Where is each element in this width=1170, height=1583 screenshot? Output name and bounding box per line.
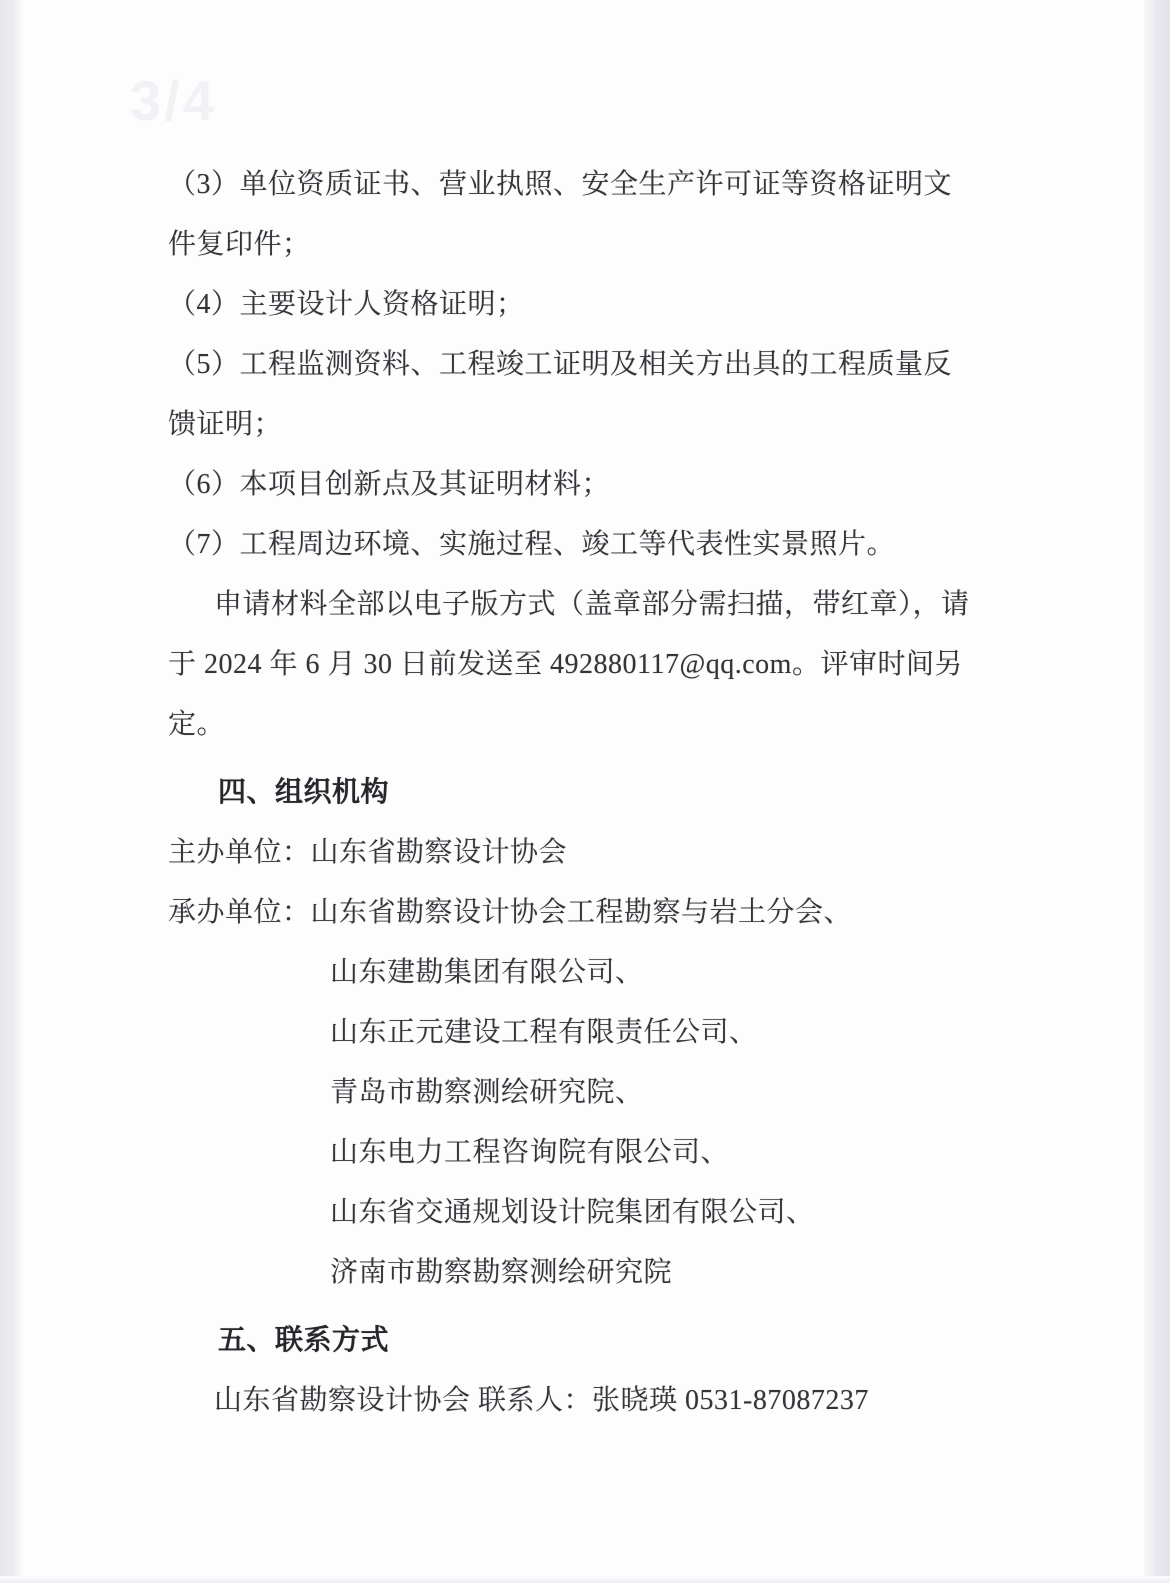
list-item-3-line2: 件复印件； [0, 215, 1170, 275]
page-number-watermark: 3/4 [130, 68, 217, 133]
organizer-org-6: 济南市勘察勘察测绘研究院 [0, 1243, 1170, 1303]
document-page-content: （3）单位资质证书、营业执照、安全生产许可证等资格证明文 件复印件； （4）主要… [0, 155, 1170, 1431]
organizer-unit-line: 承办单位：山东省勘察设计协会工程勘察与岩土分会、 [0, 883, 1170, 943]
list-item-3-line1: （3）单位资质证书、营业执照、安全生产许可证等资格证明文 [0, 155, 1170, 215]
submission-note-line2: 于 2024 年 6 月 30 日前发送至 492880117@qq.com。评… [0, 635, 1170, 695]
submission-note-line1: 申请材料全部以电子版方式（盖章部分需扫描，带红章），请 [0, 575, 1170, 635]
organizer-org-1: 山东建勘集团有限公司、 [0, 943, 1170, 1003]
host-unit-line: 主办单位：山东省勘察设计协会 [0, 823, 1170, 883]
organizer-org-4: 山东电力工程咨询院有限公司、 [0, 1123, 1170, 1183]
page-bottom-edge-shadow [0, 1576, 1170, 1583]
section-heading-organization: 四、组织机构 [0, 763, 1170, 823]
submission-note-line3: 定。 [0, 695, 1170, 755]
list-item-5-line2: 馈证明； [0, 395, 1170, 455]
organizer-org-3: 青岛市勘察测绘研究院、 [0, 1063, 1170, 1123]
list-item-7: （7）工程周边环境、实施过程、竣工等代表性实景照片。 [0, 515, 1170, 575]
contact-info-line: 山东省勘察设计协会 联系人：张晓瑛 0531-87087237 [0, 1371, 1170, 1431]
list-item-6: （6）本项目创新点及其证明材料； [0, 455, 1170, 515]
scanned-document-screenshot: { "page": { "watermark_page_indicator": … [0, 0, 1170, 1583]
list-item-5-line1: （5）工程监测资料、工程竣工证明及相关方出具的工程质量反 [0, 335, 1170, 395]
organizer-org-2: 山东正元建设工程有限责任公司、 [0, 1003, 1170, 1063]
organizer-org-5: 山东省交通规划设计院集团有限公司、 [0, 1183, 1170, 1243]
list-item-4: （4）主要设计人资格证明； [0, 275, 1170, 335]
section-heading-contact: 五、联系方式 [0, 1311, 1170, 1371]
